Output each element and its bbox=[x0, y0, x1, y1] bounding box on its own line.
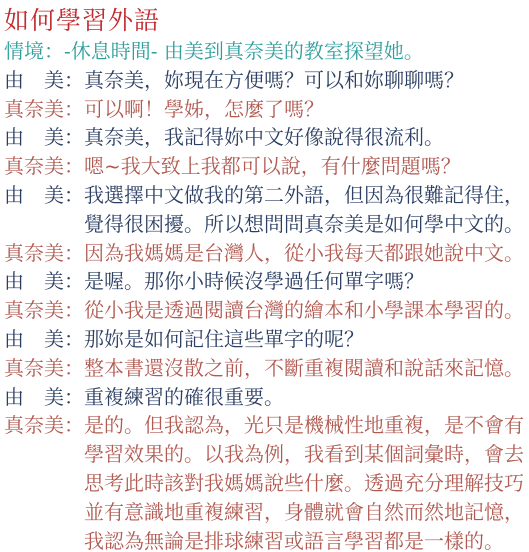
dialogue-turn: 真奈美：可以啊！學姊，怎麼了嗎？ bbox=[4, 95, 529, 124]
dialogue-text: 是的。但我認為，光只是機械性地重複，是不會有學習效果的。以我為例，我看到某個詞彙… bbox=[84, 411, 524, 552]
speaker-label: 由 美： bbox=[4, 181, 84, 210]
dialogue-turn: 真奈美：因為我媽媽是台灣人，從小我每天都跟她說中文。 bbox=[4, 239, 529, 268]
dialogue-text: 可以啊！學姊，怎麼了嗎？ bbox=[84, 95, 324, 124]
dialogue-turn: 真奈美：是的。但我認為，光只是機械性地重複，是不會有學習效果的。以我為例，我看到… bbox=[4, 411, 529, 552]
speaker-label: 由 美： bbox=[4, 66, 84, 95]
dialogue: 由 美：真奈美，妳現在方便嗎？可以和妳聊聊嗎？真奈美：可以啊！學姊，怎麼了嗎？由… bbox=[4, 66, 529, 552]
speaker-label: 由 美： bbox=[4, 383, 84, 412]
dialogue-text: 我選擇中文做我的第二外語，但因為很難記得住，覺得很困擾。所以想問問真奈美是如何學… bbox=[84, 181, 524, 239]
speaker-label: 真奈美： bbox=[4, 152, 84, 181]
dialogue-turn: 由 美：真奈美，妳現在方便嗎？可以和妳聊聊嗎？ bbox=[4, 66, 529, 95]
dialogue-line: 真奈美，妳現在方便嗎？可以和妳聊聊嗎？ bbox=[84, 66, 464, 95]
dialogue-turn: 真奈美：整本書還沒散之前，不斷重複閱讀和說話來記憶。 bbox=[4, 354, 529, 383]
dialogue-turn: 由 美：是喔。那你小時候沒學過任何單字嗎？ bbox=[4, 267, 529, 296]
dialogue-turn: 真奈美：從小我是透過閱讀台灣的繪本和小學課本學習的。 bbox=[4, 296, 529, 325]
dialogue-line: 學習效果的。以我為例，我看到某個詞彙時，會去 bbox=[84, 440, 524, 469]
lesson-page: 如何學習外語 情境：-休息時間- 由美到真奈美的教室探望她。 由 美：真奈美，妳… bbox=[0, 0, 529, 552]
dialogue-line: 是的。但我認為，光只是機械性地重複，是不會有 bbox=[84, 411, 524, 440]
dialogue-turn: 由 美：我選擇中文做我的第二外語，但因為很難記得住，覺得很困擾。所以想問問真奈美… bbox=[4, 181, 529, 239]
dialogue-line: 因為我媽媽是台灣人，從小我每天都跟她說中文。 bbox=[84, 239, 524, 268]
page-title: 如何學習外語 bbox=[4, 4, 529, 37]
dialogue-line: 是喔。那你小時候沒學過任何單字嗎？ bbox=[84, 267, 424, 296]
dialogue-text: 嗯~我大致上我都可以說，有什麼問題嗎？ bbox=[84, 152, 461, 181]
dialogue-line: 我認為無論是排球練習或語言學習都是一樣的。 bbox=[84, 527, 524, 552]
speaker-label: 由 美： bbox=[4, 325, 84, 354]
dialogue-line: 整本書還沒散之前，不斷重複閱讀和說話來記憶。 bbox=[84, 354, 524, 383]
dialogue-line: 嗯~我大致上我都可以說，有什麼問題嗎？ bbox=[84, 152, 461, 181]
speaker-label: 由 美： bbox=[4, 267, 84, 296]
speaker-label: 真奈美： bbox=[4, 411, 84, 440]
dialogue-line: 我選擇中文做我的第二外語，但因為很難記得住， bbox=[84, 181, 524, 210]
dialogue-turn: 由 美：重複練習的確很重要。 bbox=[4, 383, 529, 412]
dialogue-turn: 由 美：那妳是如何記住這些單字的呢？ bbox=[4, 325, 529, 354]
dialogue-text: 真奈美，我記得妳中文好像說得很流利。 bbox=[84, 123, 444, 152]
speaker-label: 真奈美： bbox=[4, 239, 84, 268]
speaker-label: 真奈美： bbox=[4, 296, 84, 325]
context-line: 情境：-休息時間- 由美到真奈美的教室探望她。 bbox=[4, 37, 529, 66]
dialogue-text: 那妳是如何記住這些單字的呢？ bbox=[84, 325, 364, 354]
dialogue-text: 真奈美，妳現在方便嗎？可以和妳聊聊嗎？ bbox=[84, 66, 464, 95]
dialogue-line: 那妳是如何記住這些單字的呢？ bbox=[84, 325, 364, 354]
dialogue-line: 從小我是透過閱讀台灣的繪本和小學課本學習的。 bbox=[84, 296, 524, 325]
dialogue-text: 整本書還沒散之前，不斷重複閱讀和說話來記憶。 bbox=[84, 354, 524, 383]
dialogue-line: 思考此時該對我媽媽說些什麼。透過充分理解技巧 bbox=[84, 469, 524, 498]
speaker-label: 由 美： bbox=[4, 123, 84, 152]
dialogue-turn: 真奈美：嗯~我大致上我都可以說，有什麼問題嗎？ bbox=[4, 152, 529, 181]
dialogue-line: 覺得很困擾。所以想問問真奈美是如何學中文的。 bbox=[84, 210, 524, 239]
dialogue-line: 可以啊！學姊，怎麼了嗎？ bbox=[84, 95, 324, 124]
dialogue-turn: 由 美：真奈美，我記得妳中文好像說得很流利。 bbox=[4, 123, 529, 152]
dialogue-line: 並有意識地重複練習，身體就會自然而然地記憶， bbox=[84, 498, 524, 527]
dialogue-text: 是喔。那你小時候沒學過任何單字嗎？ bbox=[84, 267, 424, 296]
dialogue-text: 因為我媽媽是台灣人，從小我每天都跟她說中文。 bbox=[84, 239, 524, 268]
speaker-label: 真奈美： bbox=[4, 354, 84, 383]
speaker-label: 真奈美： bbox=[4, 95, 84, 124]
dialogue-text: 重複練習的確很重要。 bbox=[84, 383, 284, 412]
dialogue-text: 從小我是透過閱讀台灣的繪本和小學課本學習的。 bbox=[84, 296, 524, 325]
dialogue-line: 真奈美，我記得妳中文好像說得很流利。 bbox=[84, 123, 444, 152]
dialogue-line: 重複練習的確很重要。 bbox=[84, 383, 284, 412]
